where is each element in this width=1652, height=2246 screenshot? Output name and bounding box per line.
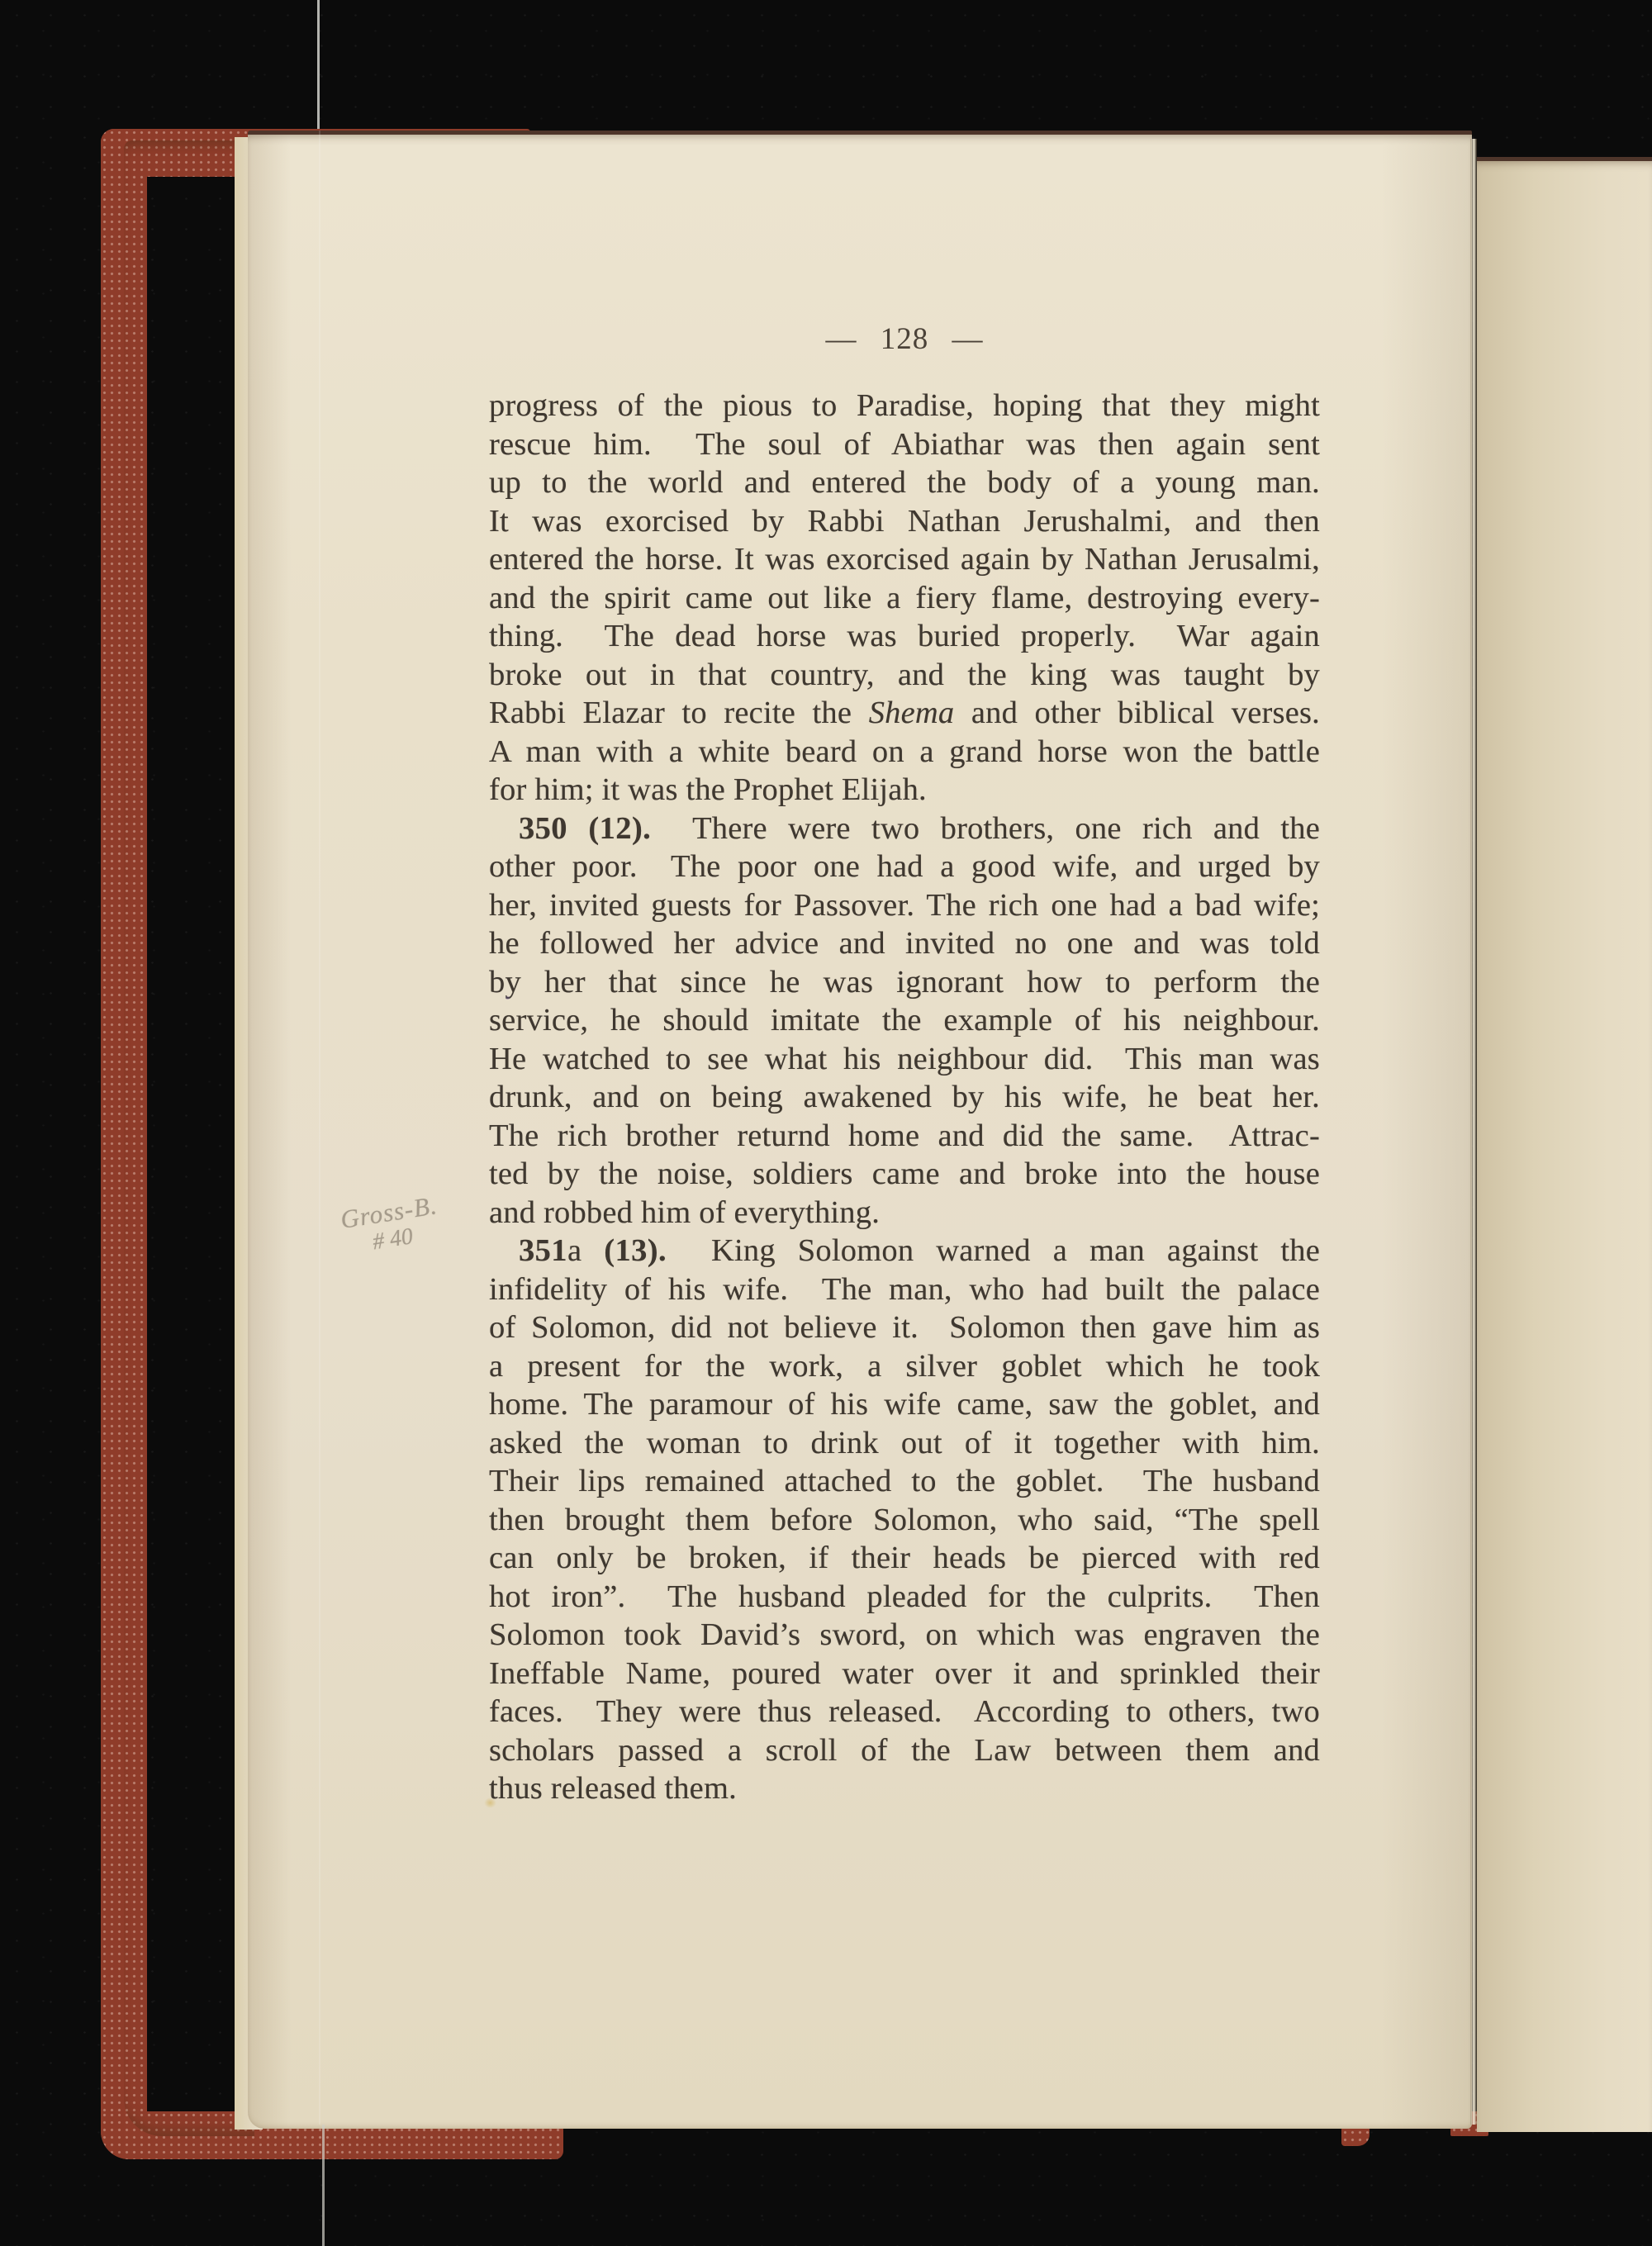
text-line: It was exorcised by Rabbi Nathan Jerusha…	[489, 502, 1320, 541]
text-line: her, invited guests for Passover. The ri…	[489, 886, 1320, 925]
text-line: home. The paramour of his wife came, saw…	[489, 1385, 1320, 1424]
gutter-crease	[1470, 139, 1477, 2125]
text-block: progress of the pious to Paradise, hopin…	[489, 387, 1320, 1808]
text-line: He watched to see what his neighbour did…	[489, 1040, 1320, 1079]
text-line: asked the woman to drink out of it toget…	[489, 1424, 1320, 1463]
text-line: scholars passed a scroll of the Law betw…	[489, 1731, 1320, 1770]
text-line: faces. They were thus released. Accordin…	[489, 1693, 1320, 1731]
text-line: then brought them before Solomon, who sa…	[489, 1501, 1320, 1540]
text-line: hot iron”. The husband pleaded for the c…	[489, 1578, 1320, 1617]
text-line: thing. The dead horse was buried properl…	[489, 617, 1320, 656]
text-line: Solomon took David’s sword, on which was…	[489, 1616, 1320, 1655]
book-cradle-thread-over-page	[319, 131, 320, 2125]
text-line: ted by the noise, soldiers came and brok…	[489, 1155, 1320, 1194]
text-line: entered the horse. It was exorcised agai…	[489, 540, 1320, 579]
text-line: Rabbi Elazar to recite the Shema and oth…	[489, 694, 1320, 733]
text-line: he followed her advice and invited no on…	[489, 924, 1320, 963]
text-line: Their lips remained attached to the gobl…	[489, 1462, 1320, 1501]
text-line: Ineffable Name, poured water over it and…	[489, 1655, 1320, 1693]
text-line: other poor. The poor one had a good wife…	[489, 848, 1320, 886]
page-speck	[506, 996, 510, 1000]
text-line: A man with a white beard on a grand hors…	[489, 733, 1320, 772]
page-number: — 128 —	[489, 321, 1320, 359]
text-line: and the spirit came out like a fiery fla…	[489, 579, 1320, 618]
text-line: broke out in that country, and the king …	[489, 656, 1320, 695]
text-line: 350 (12). There were two brothers, one r…	[489, 810, 1320, 848]
text-line: thus released them.	[489, 1769, 1320, 1808]
text-line: drunk, and on being awakened by his wife…	[489, 1078, 1320, 1117]
text-line: can only be broken, if their heads be pi…	[489, 1539, 1320, 1578]
text-line: service, he should imitate the example o…	[489, 1001, 1320, 1040]
facing-page-sliver	[1477, 157, 1652, 2132]
text-line: progress of the pious to Paradise, hopin…	[489, 387, 1320, 425]
text-line: for him; it was the Prophet Elijah.	[489, 771, 1320, 810]
book-cradle-thread-top	[317, 0, 320, 132]
text-line: The rich brother returnd home and did th…	[489, 1117, 1320, 1156]
text-line: up to the world and entered the body of …	[489, 463, 1320, 502]
page-stain	[484, 1797, 496, 1808]
text-line: 351a (13). King Solomon warned a man aga…	[489, 1232, 1320, 1270]
text-line: a present for the work, a silver goblet …	[489, 1347, 1320, 1386]
text-line: by her that since he was ignorant how to…	[489, 963, 1320, 1002]
text-line: and robbed him of everything.	[489, 1194, 1320, 1232]
text-line: rescue him. The soul of Abiathar was the…	[489, 425, 1320, 464]
photo-background: — 128 — progress of the pious to Paradis…	[0, 0, 1652, 2246]
text-line: infidelity of his wife. The man, who had…	[489, 1270, 1320, 1309]
text-line: of Solomon, did not believe it. Solomon …	[489, 1308, 1320, 1347]
book-cradle-thread-bottom	[322, 2125, 325, 2246]
